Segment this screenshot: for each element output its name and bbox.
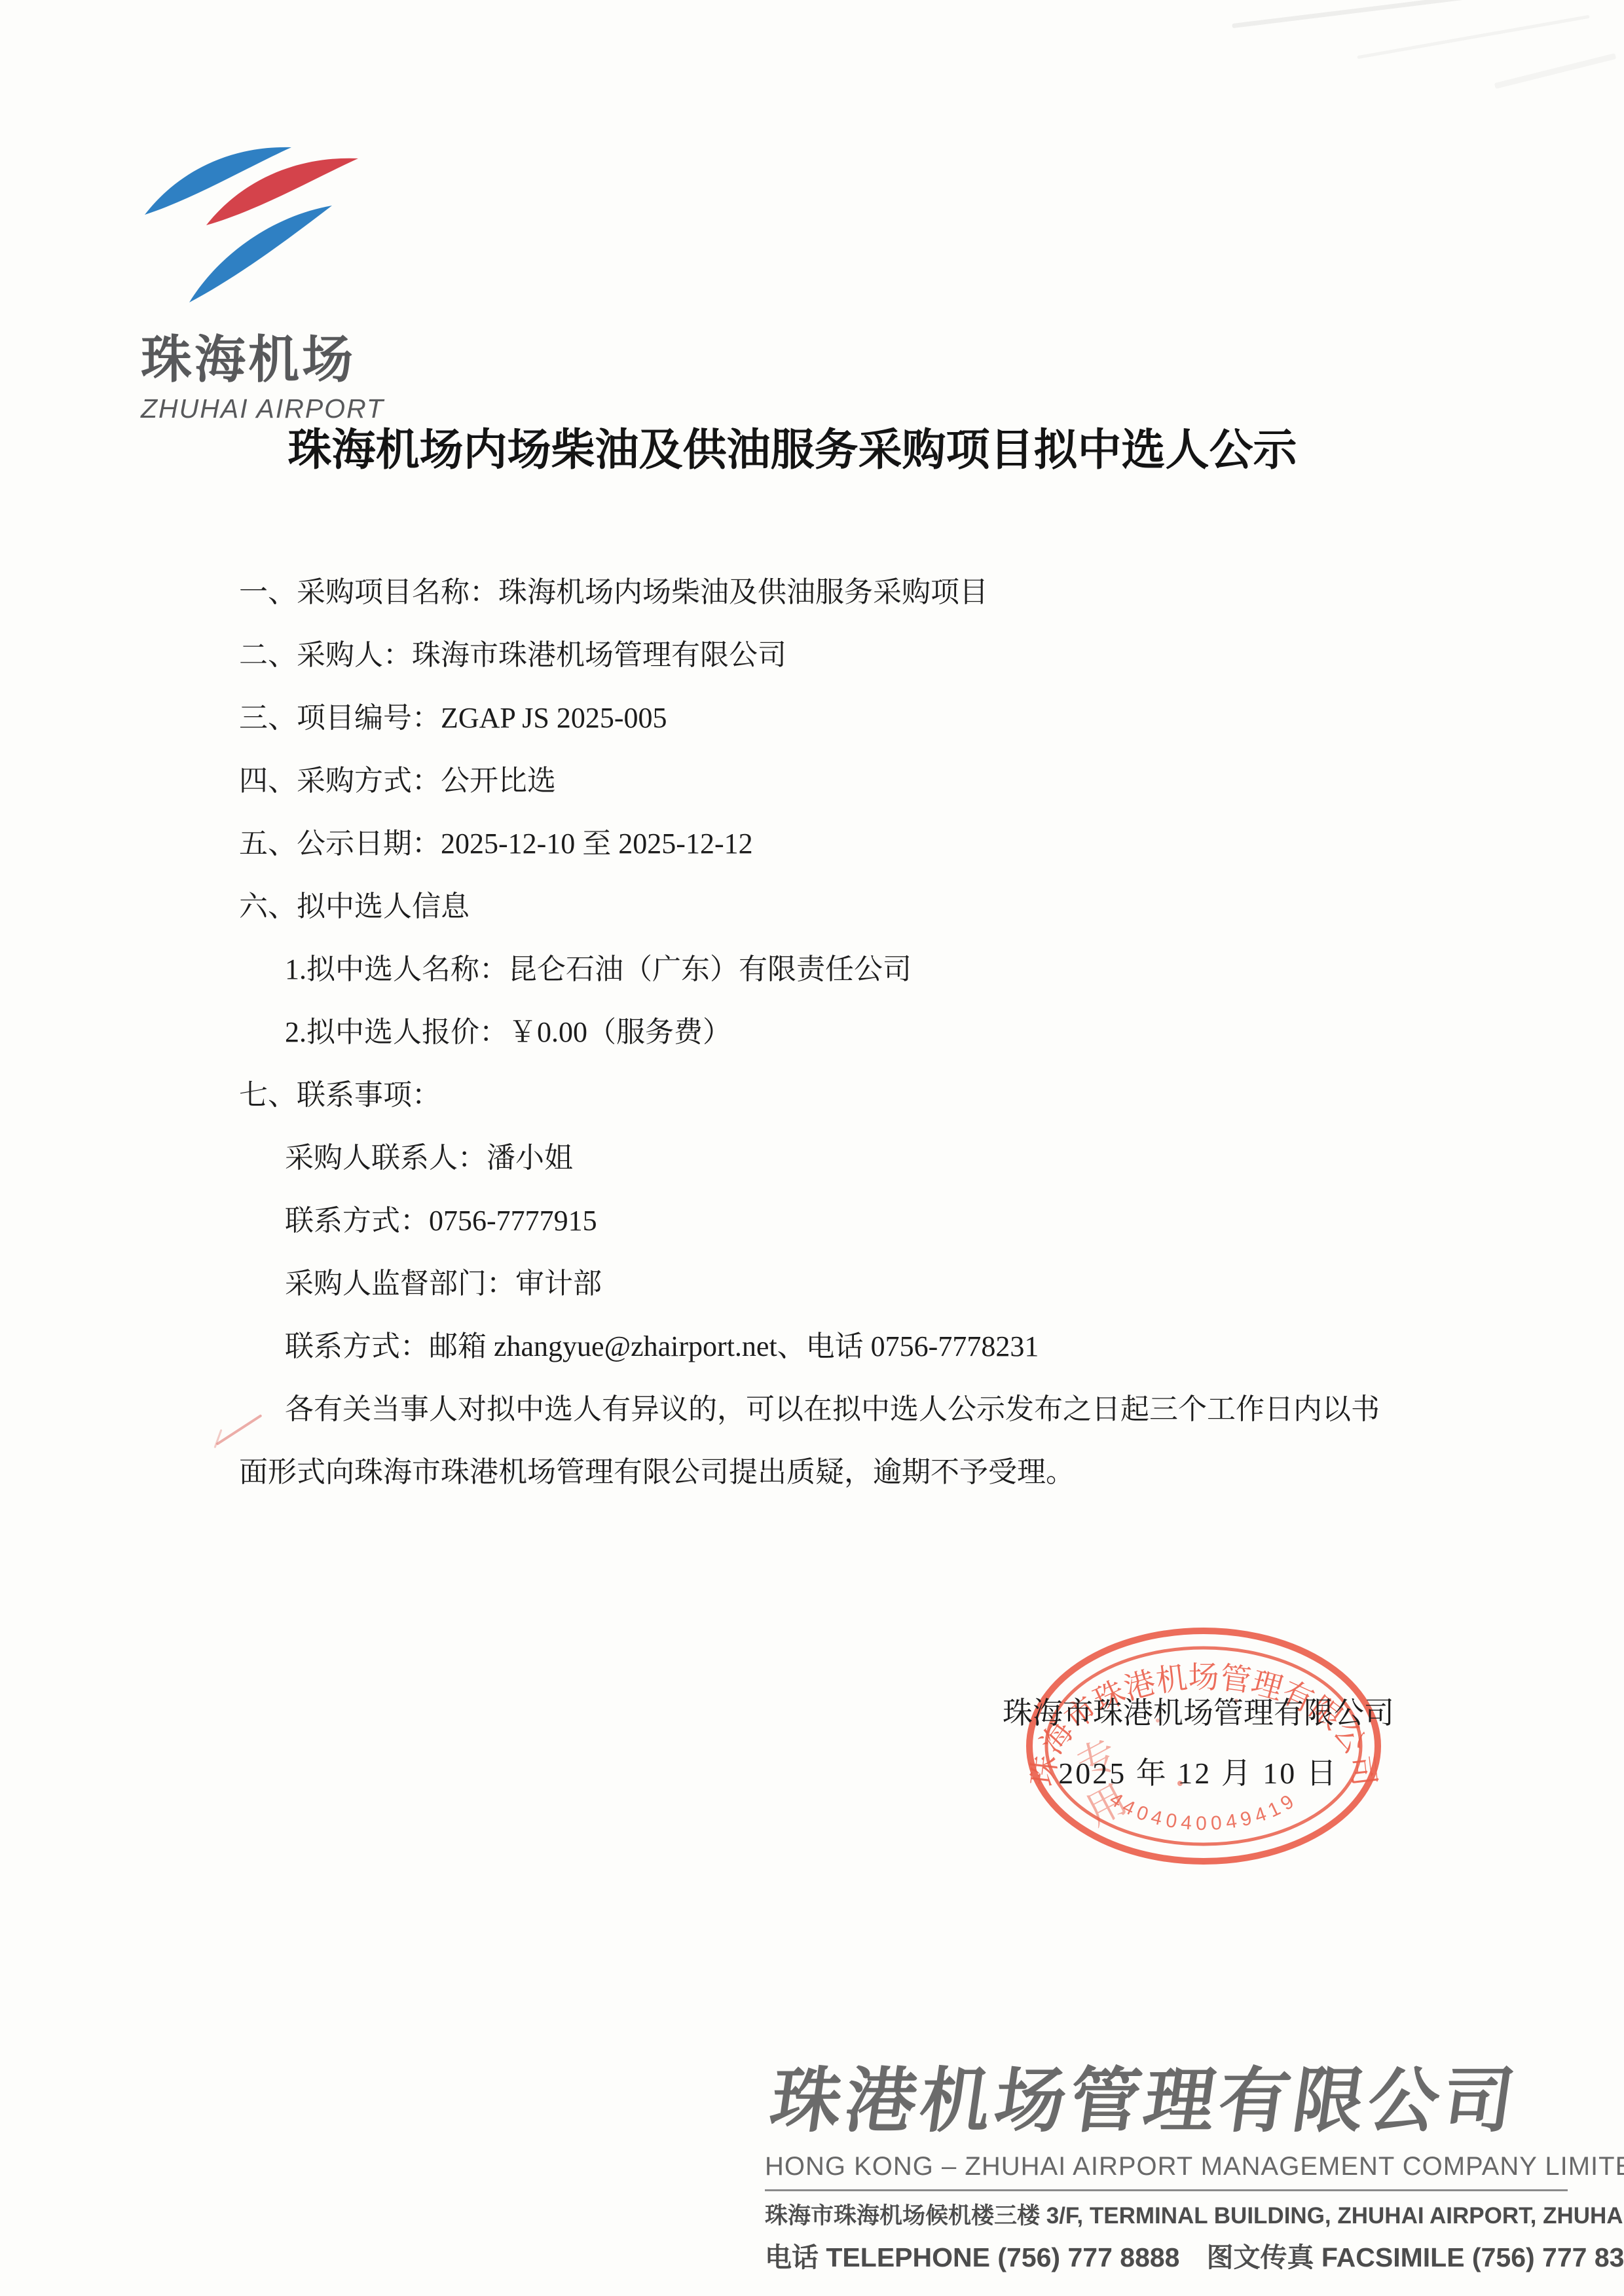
- airport-swoosh-icon: [141, 143, 403, 306]
- footer-address: 珠海市珠海机场候机楼三楼 3/F, TERMINAL BUILDING, ZHU…: [765, 2198, 1577, 2231]
- signature-date: 2025 年 12 月 10 日: [936, 1749, 1460, 1793]
- body-line: 2.拟中选人报价：￥0.00（服务费）: [239, 1001, 1431, 1064]
- scanner-streak: [1357, 15, 1589, 59]
- body-line: 四、采购方式：公开比选: [239, 750, 1431, 812]
- zhuhai-airport-logo: 珠海机场 ZHUHAI AIRPORT: [141, 143, 416, 424]
- scanner-streak: [1232, 0, 1512, 28]
- body-line: 1.拟中选人名称：昆仑石油（广东）有限责任公司: [239, 938, 1431, 1001]
- red-pen-mark: [213, 1429, 222, 1448]
- body-line: 二、采购人：珠海市珠港机场管理有限公司: [239, 624, 1431, 687]
- logo-name-cn: 珠海机场: [141, 319, 416, 392]
- body-line: 一、采购项目名称：珠海机场内场柴油及供油服务采购项目: [239, 561, 1431, 624]
- body-line: 五、公示日期：2025-12-10 至 2025-12-12: [239, 812, 1431, 875]
- signature-company: 珠海市珠港机场管理有限公司: [936, 1689, 1460, 1732]
- page-title: 珠海机场内场柴油及供油服务采购项目拟中选人公示: [239, 415, 1346, 478]
- body-line: 七、联系事项：: [239, 1064, 1431, 1127]
- seal-serial-number: 4404040049419: [1105, 1788, 1301, 1834]
- scanned-notice-page: 珠海机场 ZHUHAI AIRPORT 珠海机场内场柴油及供油服务采购项目拟中选…: [0, 0, 1624, 2296]
- footer-phone-fax: 电话 TELEPHONE (756) 777 8888 图文传真 FACSIMI…: [765, 2236, 1577, 2274]
- body-line: 六、拟中选人信息: [239, 875, 1431, 938]
- letterhead-footer: 珠港机场管理有限公司 HONG KONG – ZHUHAI AIRPORT MA…: [765, 2044, 1577, 2274]
- body-line: 采购人联系人：潘小姐: [239, 1127, 1431, 1190]
- body-line: 面形式向珠海市珠港机场管理有限公司提出质疑，逾期不予受理。: [239, 1441, 1431, 1504]
- notice-body: 一、采购项目名称：珠海机场内场柴油及供油服务采购项目二、采购人：珠海市珠港机场管…: [239, 561, 1431, 1504]
- body-line: 采购人监督部门：审计部: [239, 1252, 1431, 1315]
- body-line: 联系方式：邮箱 zhangyue@zhairport.net、电话 0756-7…: [239, 1315, 1431, 1378]
- scanner-streak: [1494, 53, 1617, 89]
- body-line: 各有关当事人对拟中选人有异议的，可以在拟中选人公示发布之日起三个工作日内以书: [239, 1378, 1431, 1441]
- footer-company-en: HONG KONG – ZHUHAI AIRPORT MANAGEMENT CO…: [765, 2152, 1577, 2181]
- body-line: 联系方式：0756-7777915: [239, 1190, 1431, 1252]
- footer-divider: [765, 2189, 1568, 2191]
- company-seal-stamp: 珠海市珠港机场管理有限公司 4404040049419 专 用: [1020, 1622, 1387, 1871]
- body-line: 三、项目编号：ZGAP JS 2025-005: [239, 687, 1431, 750]
- footer-company-cn: 珠港机场管理有限公司: [765, 2044, 1591, 2145]
- svg-text:4404040049419: 4404040049419: [1105, 1788, 1301, 1834]
